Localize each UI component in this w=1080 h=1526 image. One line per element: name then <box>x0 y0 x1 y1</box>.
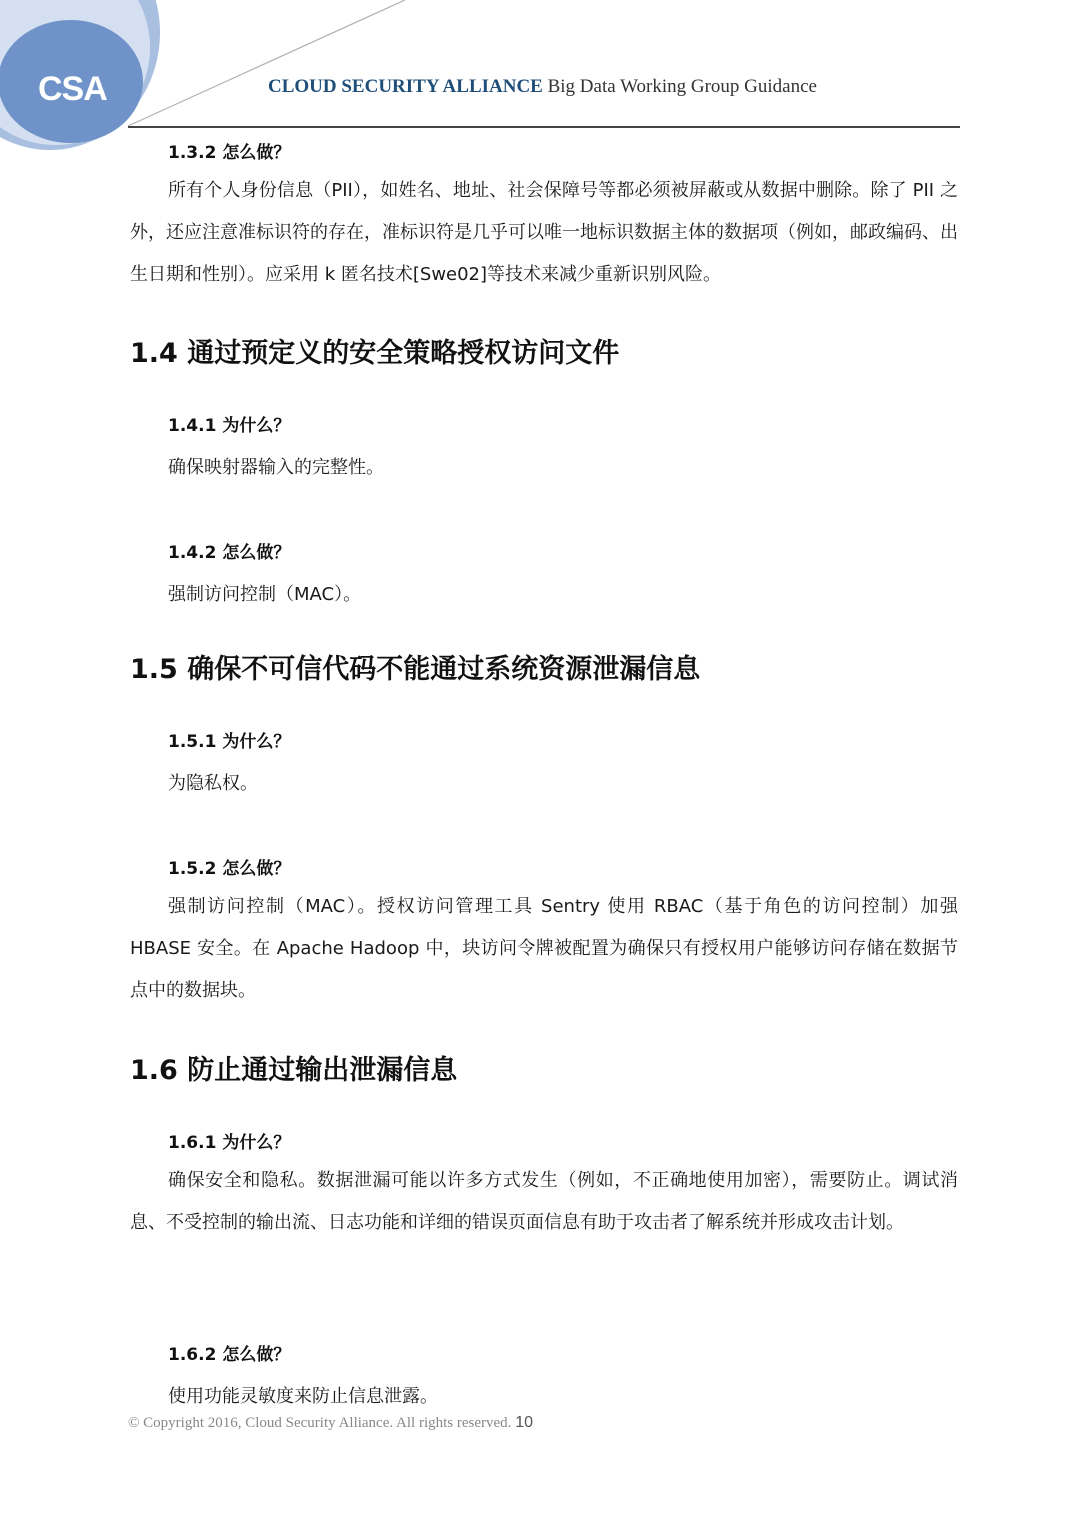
heading-1-4-1: 1.4.1 为什么？ <box>168 411 290 436</box>
paragraph-1-4-2: 强制访问控制（MAC）。 <box>168 580 361 606</box>
heading-1-6: 1.6 防止通过输出泄漏信息 <box>130 1048 457 1087</box>
paragraph-1-3-2: 所有个人身份信息（PII），如姓名、地址、社会保障号等都必须被屏蔽或从数据中删除… <box>130 170 958 296</box>
header-divider <box>128 126 960 128</box>
page-number: 10 <box>515 1414 533 1431</box>
paragraph-1-5-2: 强制访问控制（MAC）。授权访问管理工具 Sentry 使用 RBAC（基于角色… <box>130 886 958 1012</box>
header-title: CLOUD SECURITY ALLIANCE Big Data Working… <box>268 76 817 98</box>
paragraph-1-6-1: 确保安全和隐私。数据泄漏可能以许多方式发生（例如，不正确地使用加密），需要防止。… <box>130 1160 958 1244</box>
header-subtitle: Big Data Working Group Guidance <box>548 76 817 97</box>
header-brand: CLOUD SECURITY ALLIANCE <box>268 76 543 97</box>
heading-1-3-2: 1.3.2 怎么做？ <box>168 138 290 163</box>
heading-1-5-1: 1.5.1 为什么？ <box>168 727 290 752</box>
paragraph-1-6-2: 使用功能灵敏度来防止信息泄露。 <box>168 1382 438 1408</box>
heading-1-4: 1.4 通过预定义的安全策略授权访问文件 <box>130 331 619 370</box>
heading-1-5-2: 1.5.2 怎么做？ <box>168 854 290 879</box>
heading-1-5: 1.5 确保不可信代码不能通过系统资源泄漏信息 <box>130 647 700 686</box>
footer: © Copyright 2016, Cloud Security Allianc… <box>128 1414 533 1432</box>
heading-1-6-1: 1.6.1 为什么？ <box>168 1128 290 1153</box>
copyright-text: © Copyright 2016, Cloud Security Allianc… <box>128 1415 511 1431</box>
paragraph-1-5-1: 为隐私权。 <box>168 769 258 795</box>
heading-1-4-2: 1.4.2 怎么做？ <box>168 538 290 563</box>
logo-text: CSA <box>38 70 107 109</box>
heading-1-6-2: 1.6.2 怎么做？ <box>168 1340 290 1365</box>
paragraph-1-4-1: 确保映射器输入的完整性。 <box>168 453 384 479</box>
